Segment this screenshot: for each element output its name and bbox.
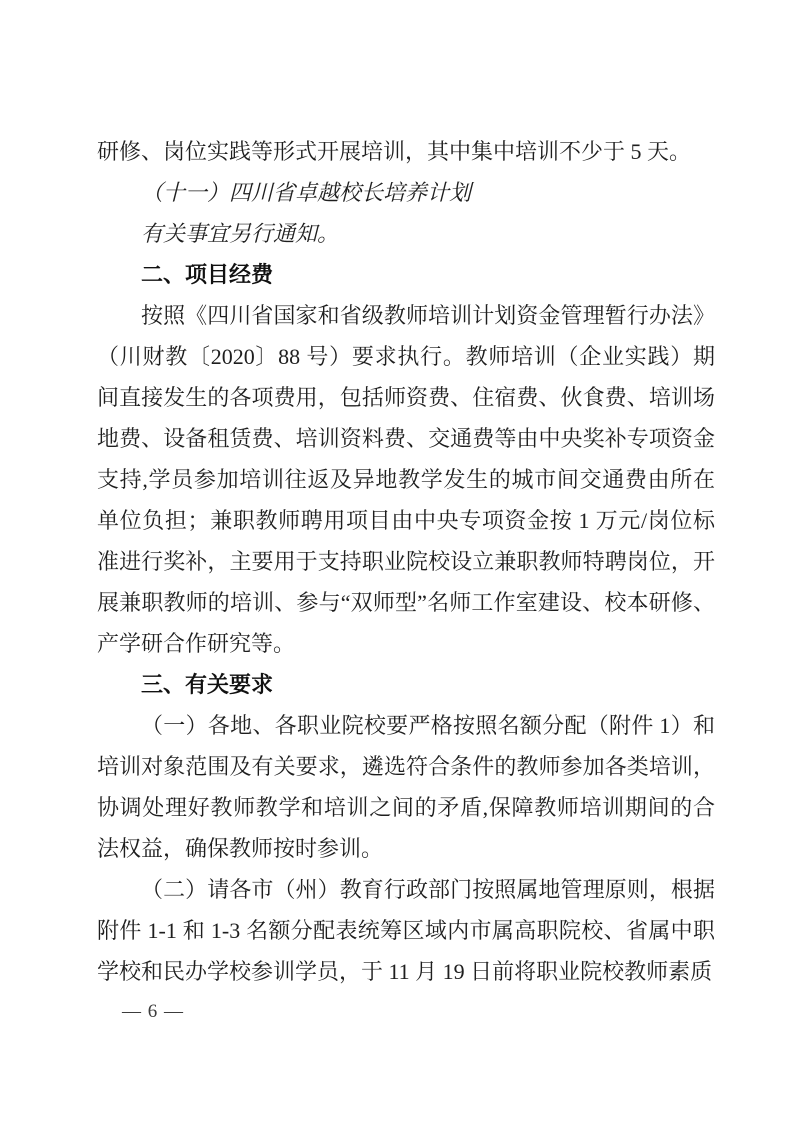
- page-number: — 6 —: [122, 1000, 184, 1024]
- paragraph-requirement-1: （一）各地、各职业院校要严格按照名额分配（附件 1）和培训对象范围及有关要求，遴…: [97, 705, 715, 869]
- paragraph-notice: 有关事宜另行通知。: [97, 213, 715, 254]
- document-page: 研修、岗位实践等形式开展培训，其中集中培训不少于 5 天。 （十一）四川省卓越校…: [0, 0, 794, 1123]
- item-heading-11: （十一）四川省卓越校长培养计划: [97, 172, 715, 213]
- paragraph-requirement-2: （二）请各市（州）教育行政部门按照属地管理原则，根据附件 1-1 和 1-3 名…: [97, 869, 715, 992]
- paragraph-continuation: 研修、岗位实践等形式开展培训，其中集中培训不少于 5 天。: [97, 131, 715, 172]
- section-heading-project-funds: 二、项目经费: [97, 254, 715, 295]
- paragraph-project-funds: 按照《四川省国家和省级教师培训计划资金管理暂行办法》（川财教〔2020〕88 号…: [97, 295, 715, 664]
- section-heading-requirements: 三、有关要求: [97, 664, 715, 705]
- document-body: 研修、岗位实践等形式开展培训，其中集中培训不少于 5 天。 （十一）四川省卓越校…: [97, 131, 715, 992]
